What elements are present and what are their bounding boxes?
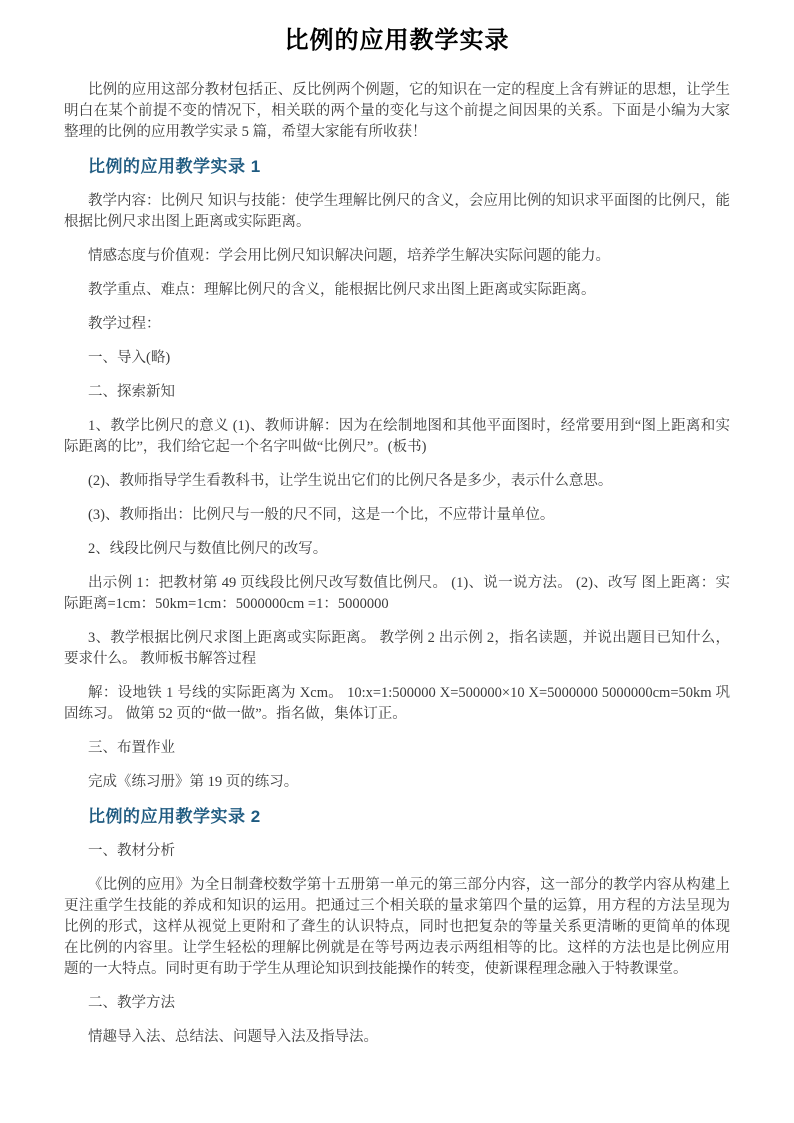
- paragraph: 1、教学比例尺的意义 (1)、教师讲解：因为在绘制地图和其他平面图时，经常要用到…: [64, 416, 730, 458]
- paragraph: 《比例的应用》为全日制聋校数学第十五册第一单元的第三部分内容，这一部分的教学内容…: [64, 875, 730, 980]
- paragraph: 二、探索新知: [64, 382, 730, 403]
- paragraph: (2)、教师指导学生看教科书，让学生说出它们的比例尺各是多少，表示什么意思。: [64, 471, 730, 492]
- intro-paragraph: 比例的应用这部分教材包括正、反比例两个例题，它的知识在一定的程度上含有辨证的思想…: [64, 80, 730, 143]
- paragraph: 教学过程：: [64, 314, 730, 335]
- paragraph: (3)、教师指出：比例尺与一般的尺不同，这是一个比，不应带计量单位。: [64, 505, 730, 526]
- paragraph: 2、线段比例尺与数值比例尺的改写。: [64, 539, 730, 560]
- paragraph: 情感态度与价值观：学会用比例尺知识解决问题，培养学生解决实际问题的能力。: [64, 246, 730, 267]
- paragraph: 解：设地铁 1 号线的实际距离为 Xcm。 10:x=1:500000 X=50…: [64, 683, 730, 725]
- paragraph: 出示例 1：把教材第 49 页线段比例尺改写数值比例尺。 (1)、说一说方法。 …: [64, 573, 730, 615]
- paragraph: 一、教材分析: [64, 841, 730, 862]
- page-title: 比例的应用教学实录: [64, 26, 730, 56]
- section-2-heading: 比例的应用教学实录 2: [64, 806, 730, 828]
- document-page: 比例的应用教学实录 比例的应用这部分教材包括正、反比例两个例题，它的知识在一定的…: [0, 0, 794, 1123]
- paragraph: 三、布置作业: [64, 738, 730, 759]
- paragraph: 教学内容：比例尺 知识与技能：使学生理解比例尺的含义，会应用比例的知识求平面图的…: [64, 191, 730, 233]
- paragraph: 教学重点、难点：理解比例尺的含义，能根据比例尺求出图上距离或实际距离。: [64, 280, 730, 301]
- paragraph: 3、教学根据比例尺求图上距离或实际距离。 教学例 2 出示例 2，指名读题，并说…: [64, 628, 730, 670]
- paragraph: 二、教学方法: [64, 993, 730, 1014]
- paragraph: 完成《练习册》第 19 页的练习。: [64, 772, 730, 793]
- paragraph: 一、导入(略): [64, 348, 730, 369]
- section-1-heading: 比例的应用教学实录 1: [64, 156, 730, 178]
- paragraph: 情趣导入法、总结法、问题导入法及指导法。: [64, 1027, 730, 1048]
